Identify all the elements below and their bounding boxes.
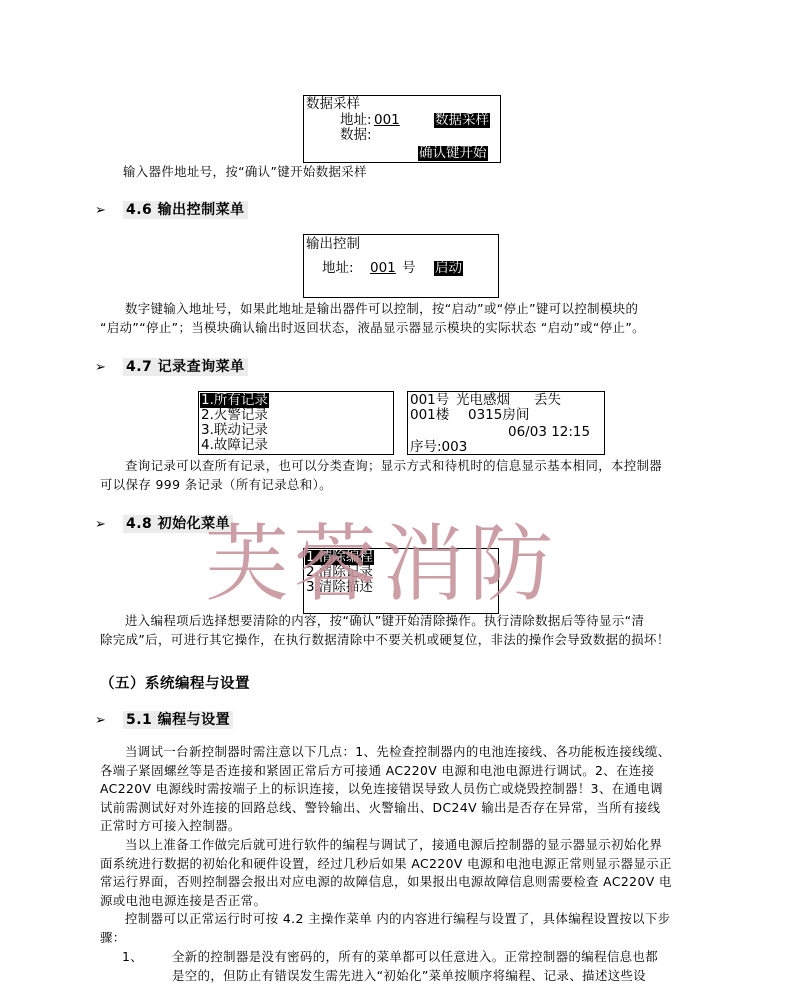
paragraph-line: 除完成”后，可进行其它操作，在执行数据清除中不要关机或硬复位，非法的操作会导致数… xyxy=(100,631,720,650)
output-control-screen: 输出控制 地址: 001 号 启动 xyxy=(303,234,499,298)
address-label: 地址: xyxy=(340,113,372,128)
paragraph-line: 全新的控制器是没有密码的，所有的菜单都可以任意进入。正常控制器的编程信息也都 xyxy=(172,948,720,967)
paragraph-line: 正常时方可接入控制器。 xyxy=(100,817,720,836)
paragraph-line: 控制器可以正常运行时可按 4.2 主操作菜单 内的内容进行编程与设置了，具体编程… xyxy=(100,910,720,929)
screen-title: 数据采样 xyxy=(306,97,360,112)
chapter-5-paragraph-3: 控制器可以正常运行时可按 4.2 主操作菜单 内的内容进行编程与设置了，具体编程… xyxy=(100,910,720,947)
paragraph-line: 试前需测试好对外连接的回路总线、警铃输出、火警输出、DC24V 输出是否存在异常… xyxy=(100,799,720,818)
record-menu-screen: 1.所有记录 2.火警记录 3.联动记录 4.故障记录 xyxy=(198,391,394,455)
device-type: 光电感烟 xyxy=(456,393,510,408)
room: 0315房间 xyxy=(468,408,529,423)
paragraph-line: 常运行界面，否则控制器会报出对应电源的故障信息，如果报出电源故障信息则需要检查 … xyxy=(100,873,720,892)
heading-text: 5.1 编程与设置 xyxy=(123,711,233,729)
address-label: 地址: xyxy=(322,261,354,276)
paragraph-line: 各端子紧固螺丝等是否连接和紧固正常后方可接通 AC220V 电源和电池电源进行调… xyxy=(100,762,720,781)
section-4-7-paragraph: 查询记录可以查所有记录，也可以分类查询；显示方式和待机时的信息显示基本相同，本控… xyxy=(100,457,720,494)
paragraph-line: 骤： xyxy=(100,929,720,948)
step-1-number: 1、 xyxy=(122,948,143,967)
step-1-text: 全新的控制器是没有密码的，所有的菜单都可以任意进入。正常控制器的编程信息也都 是… xyxy=(172,948,720,985)
arrow-bullet-icon: ➢ xyxy=(95,713,123,728)
menu-item-clear-programming[interactable]: 1.清除编程 xyxy=(305,550,374,565)
menu-item-all-records[interactable]: 1.所有记录 xyxy=(200,393,269,408)
paragraph-line: “启动”“停止”；当模块确认输出时返回状态，液晶显示器显示模块的实际状态 “启动… xyxy=(100,319,720,338)
menu-item-clear-descriptions[interactable]: 3.清除描述 xyxy=(306,580,373,595)
sequence-number: 序号:003 xyxy=(410,440,467,455)
record-datetime: 06/03 12:15 xyxy=(508,425,590,440)
paragraph-line: 是空的，但防止有错误发生需先进入“初始化”菜单按顺序将编程、记录、描述这些设 xyxy=(172,967,720,986)
heading-text: 4.8 初始化菜单 xyxy=(123,515,233,533)
heading-text: 4.7 记录查询菜单 xyxy=(123,358,248,376)
section-4-8-paragraph: 进入编程项后选择想要清除的内容，按“确认”键开始清除操作。执行清除数据后等待显示… xyxy=(100,612,720,649)
data-sampling-screen: 数据采样 地址: 001 数据采样 数据: 确认键开始 xyxy=(303,95,501,163)
menu-item-clear-records[interactable]: 2.清除记录 xyxy=(306,565,373,580)
section-4-6-heading: ➢4.6 输出控制菜单 xyxy=(95,199,248,219)
section-4-6-paragraph: 数字键输入地址号，如果此地址是输出器件可以控制，按“启动”或“停止”键可以控制模… xyxy=(100,300,720,337)
paragraph-line: 进入编程项后选择想要清除的内容，按“确认”键开始清除操作。执行清除数据后等待显示… xyxy=(100,612,720,631)
chapter-5-heading: （五）系统编程与设置 xyxy=(100,672,250,693)
paragraph-line: 可以保存 999 条记录（所有记录总和）。 xyxy=(100,476,720,495)
paragraph-line: 数字键输入地址号，如果此地址是输出器件可以控制，按“启动”或“停止”键可以控制模… xyxy=(100,300,720,319)
data-label: 数据: xyxy=(340,128,372,143)
menu-item-fault-records[interactable]: 4.故障记录 xyxy=(201,438,268,453)
paragraph-line: 当以上准备工作做完后就可进行软件的编程与调试了，接通电源后控制器的显示器显示初始… xyxy=(100,836,720,855)
arrow-bullet-icon: ➢ xyxy=(95,517,123,532)
arrow-bullet-icon: ➢ xyxy=(95,360,123,375)
init-menu-screen: 1.清除编程 2.清除记录 3.清除描述 xyxy=(303,548,499,614)
device-number: 001号 xyxy=(410,393,449,408)
screen-title: 输出控制 xyxy=(306,237,360,252)
paragraph-line: 当调试一台新控制器时需注意以下几点：1、先检查控制器内的电池连接线、各功能板连接… xyxy=(100,743,720,762)
state-badge: 启动 xyxy=(434,261,463,276)
confirm-hint: 确认键开始 xyxy=(418,146,488,161)
section-4-8-heading: ➢4.8 初始化菜单 xyxy=(95,513,233,533)
paragraph-line: 查询记录可以查所有记录，也可以分类查询；显示方式和待机时的信息显示基本相同，本控… xyxy=(100,457,720,476)
section-4-7-heading: ➢4.7 记录查询菜单 xyxy=(95,356,248,376)
address-value: 001 xyxy=(370,261,396,276)
menu-item-linkage-records[interactable]: 3.联动记录 xyxy=(201,423,268,438)
data-sampling-caption: 输入器件地址号，按“确认”键开始数据采样 xyxy=(123,163,367,182)
record-detail-screen: 001号 光电感烟 丢失 001楼 0315房间 06/03 12:15 序号:… xyxy=(407,391,605,455)
paragraph-line: 面系统进行数据的初始化和硬件设置，经过几秒后如果 AC220V 电源和电池电源正… xyxy=(100,855,720,874)
number-suffix: 号 xyxy=(402,261,416,276)
address-value: 001 xyxy=(374,113,400,128)
chapter-5-paragraph-2: 当以上准备工作做完后就可进行软件的编程与调试了，接通电源后控制器的显示器显示初始… xyxy=(100,836,720,910)
chapter-5-paragraph-1: 当调试一台新控制器时需注意以下几点：1、先检查控制器内的电池连接线、各功能板连接… xyxy=(100,743,720,836)
paragraph-line: AC220V 电源线时需按端子上的标识连接，以免连接错误导致人员伤亡或烧毁控制器… xyxy=(100,780,720,799)
mode-badge: 数据采样 xyxy=(434,113,490,128)
menu-item-fire-records[interactable]: 2.火警记录 xyxy=(201,408,268,423)
section-5-1-heading: ➢5.1 编程与设置 xyxy=(95,709,233,729)
floor: 001楼 xyxy=(410,408,449,423)
device-status: 丢失 xyxy=(534,393,561,408)
paragraph-line: 源或电池电源连接是否正常。 xyxy=(100,892,720,911)
heading-text: 4.6 输出控制菜单 xyxy=(123,201,248,219)
arrow-bullet-icon: ➢ xyxy=(95,203,123,218)
